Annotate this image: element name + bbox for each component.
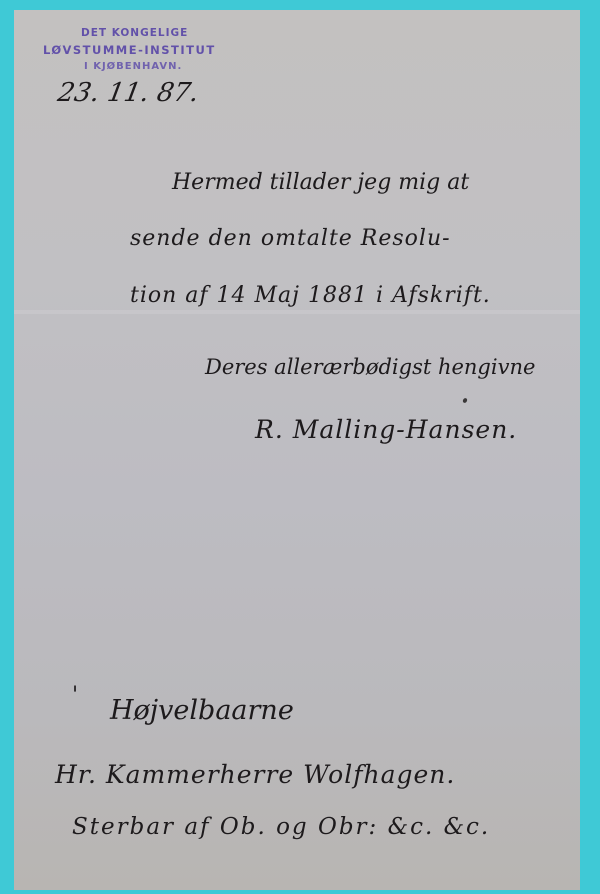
body-line-1: Hermed tillader jeg mig at — [172, 170, 469, 195]
address-line-1: Højvelbaarne — [110, 695, 294, 726]
address-line-2: Hr. Kammerherre Wolfhagen. — [55, 760, 455, 789]
closing-line: Deres allerærbødigst hengivne — [205, 355, 535, 379]
letter-paper — [14, 10, 580, 890]
address-line-3: Sterbar af Ob. og Obr: &c. &c. — [72, 814, 490, 840]
stamp-line-2: LØVSTUMME-INSTITUT — [43, 43, 216, 57]
stamp-line-1: DET KONGELIGE — [81, 27, 188, 39]
body-line-2: sende den omtalte Resolu- — [130, 226, 451, 251]
body-line-3: tion af 14 Maj 1881 i Afskrift. — [130, 283, 491, 308]
stamp-line-3: I KJØBENHAVN. — [84, 61, 182, 72]
address-mark: ' — [72, 683, 78, 708]
signature: R. Malling-Hansen. — [255, 415, 517, 444]
letter-date: 23. 11. 87. — [55, 78, 201, 108]
